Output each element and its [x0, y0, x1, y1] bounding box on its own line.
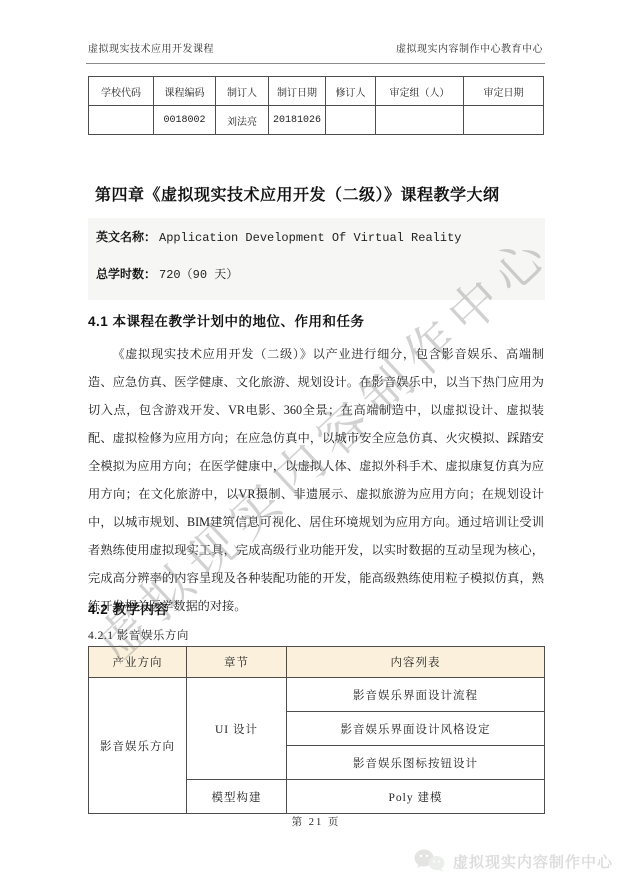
info-header-cell: 制订日期: [269, 77, 326, 106]
header-right-text: 虚拟现实内容制作中心教育中心: [396, 40, 543, 55]
section-4-2-heading: 4.2 教学内容: [88, 598, 169, 618]
total-hours-line: 总学时数： 720（90 天）: [96, 265, 537, 282]
info-table-value-row: 0018002 刘法亮 20181026: [89, 106, 544, 135]
english-name-line: 英文名称： Application Development Of Virtual…: [96, 228, 537, 245]
info-value-cell: 刘法亮: [216, 106, 269, 135]
info-header-cell: 学校代码: [89, 77, 154, 106]
chapter-cell: UI 设计: [187, 678, 287, 780]
info-header-cell: 修订人: [326, 77, 376, 106]
info-value-cell: [89, 106, 154, 135]
english-name-label: 英文名称：: [96, 230, 156, 244]
content-table-header-row: 产业方向 章节 内容列表: [89, 647, 545, 678]
info-header-cell: 课程编码: [154, 77, 216, 106]
info-value-cell: [464, 106, 544, 135]
header-left-text: 虚拟现实技术应用开发课程: [88, 40, 214, 55]
brand-footer: 虚拟现实内容制作中心: [412, 848, 613, 874]
info-header-cell: 审定日期: [464, 77, 544, 106]
content-cell: 影音娱乐界面设计风格设定: [287, 712, 545, 746]
content-header-cell: 产业方向: [89, 647, 187, 678]
header-divider: [86, 63, 545, 64]
content-cell: 影音娱乐图标按钮设计: [287, 746, 545, 780]
content-header-cell: 章节: [187, 647, 287, 678]
content-header-cell: 内容列表: [287, 647, 545, 678]
total-hours-label: 总学时数：: [96, 267, 156, 281]
document-page: 虚拟现实内容制作中心 虚拟现实技术应用开发课程 虚拟现实内容制作中心教育中心 学…: [0, 0, 630, 890]
chapter-title: 第四章《虚拟现实技术应用开发（二级）》课程教学大纲: [95, 182, 615, 205]
info-header-cell: 审定组（人）: [376, 77, 464, 106]
content-cell: 影音娱乐界面设计流程: [287, 678, 545, 712]
section-4-1-paragraph: 《虚拟现实技术应用开发（二级）》以产业进行细分，包含影音娱乐、高端制造、应急仿真…: [88, 340, 544, 620]
chapter-cell: 模型构建: [187, 780, 287, 814]
document-header: 虚拟现实技术应用开发课程 虚拟现实内容制作中心教育中心: [88, 40, 543, 55]
page-number: 第 21 页: [88, 814, 544, 829]
content-table-row: 影音娱乐方向 UI 设计 影音娱乐界面设计流程: [89, 678, 545, 712]
teaching-content-table: 产业方向 章节 内容列表 影音娱乐方向 UI 设计 影音娱乐界面设计流程 影音娱…: [88, 646, 545, 814]
english-name-value: Application Development Of Virtual Reali…: [159, 231, 461, 245]
info-value-cell: [326, 106, 376, 135]
course-info-table: 学校代码 课程编码 制订人 制订日期 修订人 审定组（人） 审定日期 00180…: [88, 76, 544, 135]
info-table-header-row: 学校代码 课程编码 制订人 制订日期 修订人 审定组（人） 审定日期: [89, 77, 544, 106]
section-4-1-heading: 4.1 本课程在教学计划中的地位、作用和任务: [88, 310, 365, 330]
brand-name: 虚拟现实内容制作中心: [453, 851, 613, 872]
info-header-cell: 制订人: [216, 77, 269, 106]
content-cell: Poly 建模: [287, 780, 545, 814]
industry-direction-cell: 影音娱乐方向: [89, 678, 187, 814]
info-value-cell: 0018002: [154, 106, 216, 135]
section-4-2-1-subheading: 4.2.1 影音娱乐方向: [88, 627, 189, 643]
info-value-cell: [376, 106, 464, 135]
course-meta-block: 英文名称： Application Development Of Virtual…: [88, 218, 545, 300]
wechat-logo-icon: [412, 848, 448, 874]
info-value-cell: 20181026: [269, 106, 326, 135]
total-hours-value: 720（90 天）: [159, 268, 238, 282]
